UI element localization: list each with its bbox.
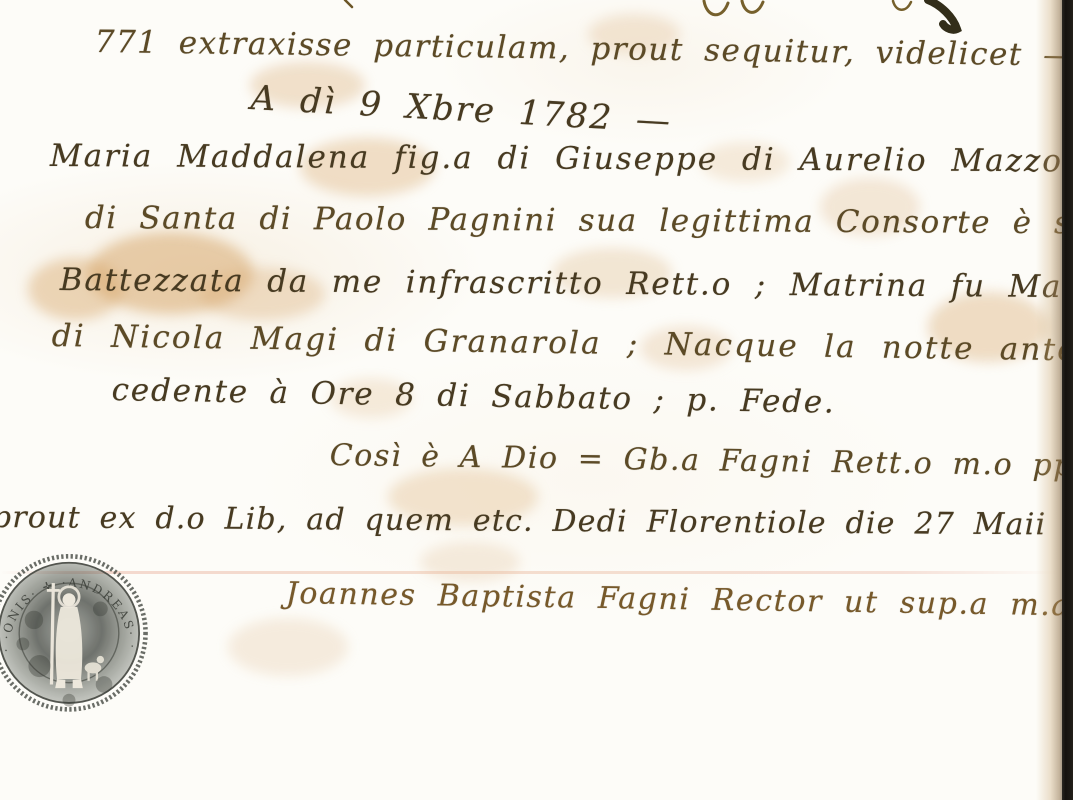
manuscript-line-record-3: Battezzata da me infrascritto Rett.o ; M… bbox=[60, 262, 1073, 305]
manuscript-line-record-4: di Nicola Magi di Granarola ; Nacque la … bbox=[51, 318, 1073, 369]
manuscript-line-record-2: di Santa di Paolo Pagnini sua legittima … bbox=[85, 200, 1073, 242]
paper-stain bbox=[420, 542, 520, 582]
scanner-dark-edge bbox=[1062, 0, 1073, 800]
manuscript-line-signature: Joannes Baptista Fagni Rector ut sup.a m… bbox=[285, 576, 1073, 625]
paper-stain bbox=[228, 618, 348, 676]
manuscript-line-extract-intro: 771 extraxisse particulam, prout sequitu… bbox=[94, 24, 1073, 74]
manuscript-line-attestation-1807: prout ex d.o Lib, ad quem etc. Dedi Flor… bbox=[0, 500, 1073, 543]
parish-seal: · ·ONIS· ✛ ·ANDREAS· · bbox=[0, 548, 152, 723]
manuscript-line-attestation-1782: Così è A Dio = Gb.a Fagni Rett.o m.o pp.… bbox=[330, 438, 1073, 484]
manuscript-line-date-1782: A dì 9 Xbre 1782 — bbox=[250, 78, 673, 141]
scanned-paper-page: 771 extraxisse particulam, prout sequitu… bbox=[0, 0, 1073, 800]
paper-edge-browning bbox=[1036, 0, 1062, 800]
manuscript-line-record-1: Maria Maddalena fig.a di Giuseppe di Aur… bbox=[50, 138, 1073, 180]
paper-fold-line bbox=[0, 571, 1058, 574]
manuscript-line-record-5: cedente à Ore 8 di Sabbato ; p. Fede. bbox=[111, 372, 836, 421]
